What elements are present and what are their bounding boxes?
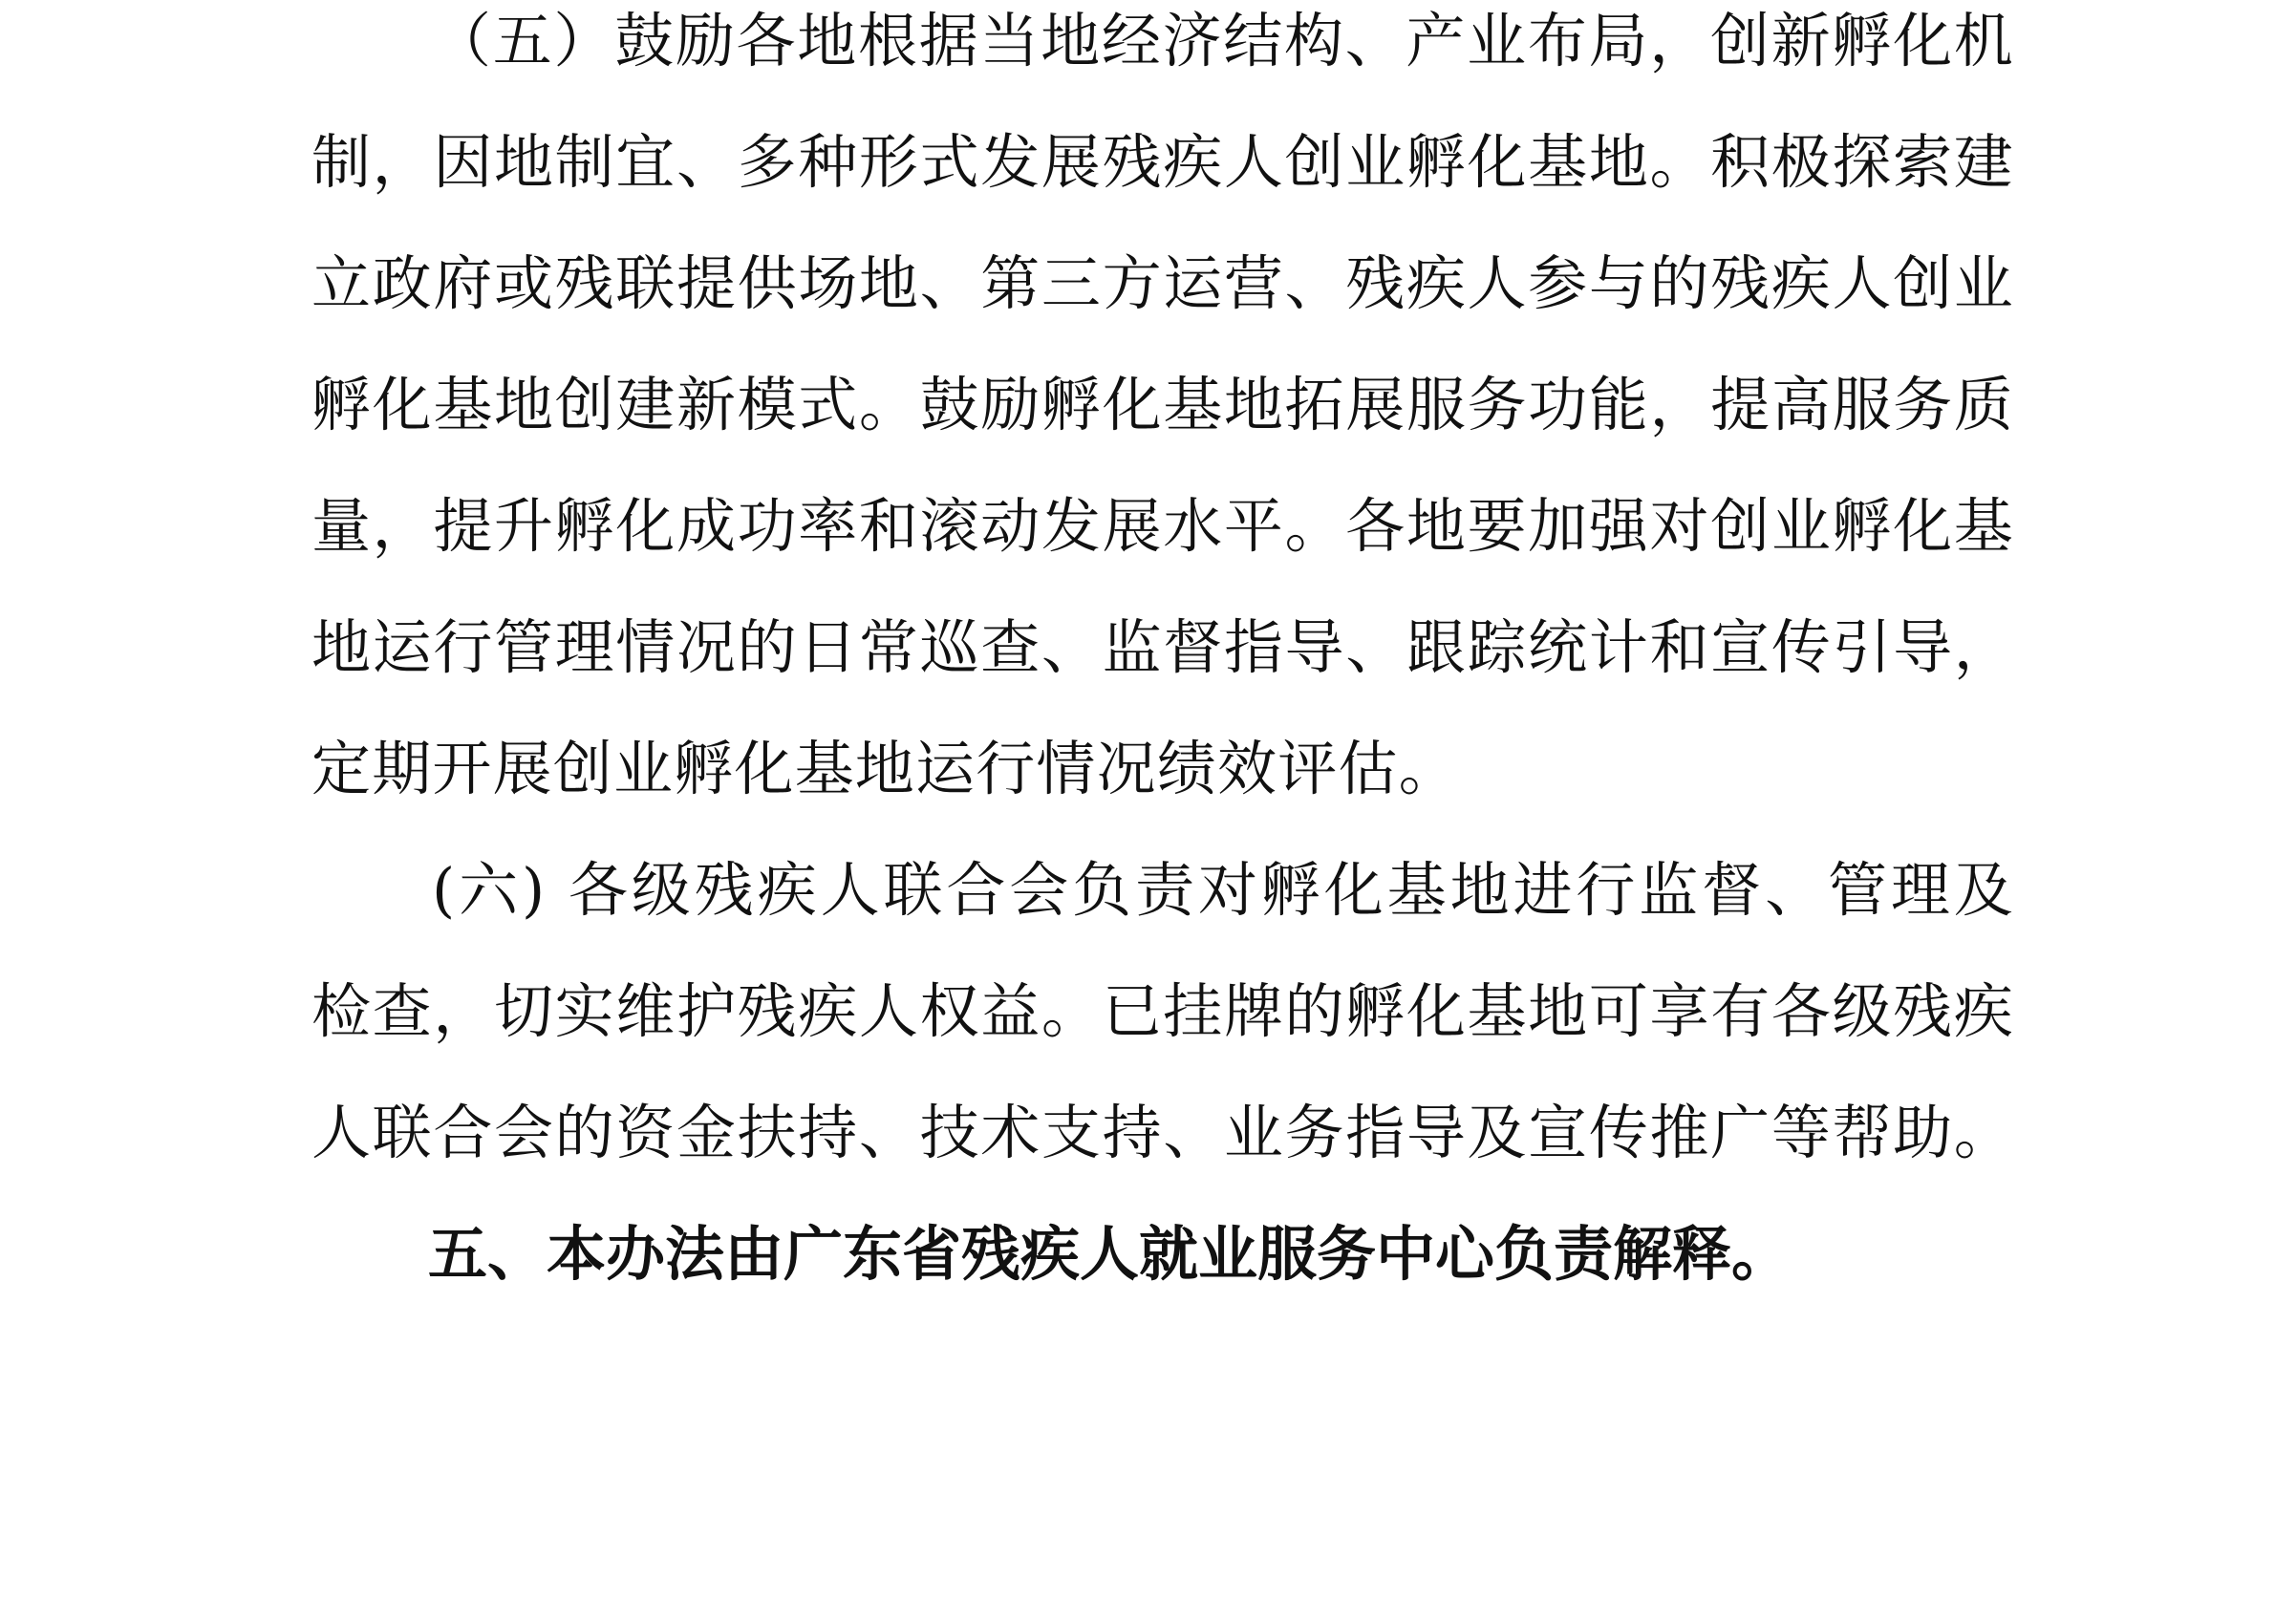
document-page: （五）鼓励各地根据当地经济结构、产业布局，创新孵化机 制，因地制宜、多种形式发展… [0, 0, 2275, 1624]
text-line: 制，因地制宜、多种形式发展残疾人创业孵化基地。积极探索建 [311, 101, 2014, 223]
paragraph-item-6: (六) 各级残疾人联合会负责对孵化基地进行监督、管理及 检查，切实维护残疾人权益… [311, 829, 2014, 1193]
text-line: 孵化基地创建新模式。鼓励孵化基地拓展服务功能，提高服务质 [311, 344, 2014, 465]
text-line: 人联合会的资金扶持、技术支持、业务指导及宣传推广等帮助。 [311, 1072, 2014, 1193]
text-line: 地运行管理情况的日常巡查、监督指导、跟踪统计和宣传引导， [311, 587, 2014, 708]
section-5-heading: 五、本办法由广东省残疾人就业服务中心负责解释。 [311, 1193, 2014, 1314]
text-line: 检查，切实维护残疾人权益。已挂牌的孵化基地可享有各级残疾 [311, 951, 2014, 1072]
text-line: （五）鼓励各地根据当地经济结构、产业布局，创新孵化机 [311, 0, 2014, 101]
text-line: (六) 各级残疾人联合会负责对孵化基地进行监督、管理及 [311, 829, 2014, 951]
paragraph-item-5: （五）鼓励各地根据当地经济结构、产业布局，创新孵化机 制，因地制宜、多种形式发展… [311, 0, 2014, 829]
document-body: （五）鼓励各地根据当地经济结构、产业布局，创新孵化机 制，因地制宜、多种形式发展… [311, 0, 2014, 1314]
text-line: 定期开展创业孵化基地运行情况绩效评估。 [311, 708, 2014, 829]
text-line: 立政府或残联提供场地、第三方运营、残疾人参与的残疾人创业 [311, 223, 2014, 344]
text-line: 量，提升孵化成功率和滚动发展水平。各地要加强对创业孵化基 [311, 465, 2014, 587]
